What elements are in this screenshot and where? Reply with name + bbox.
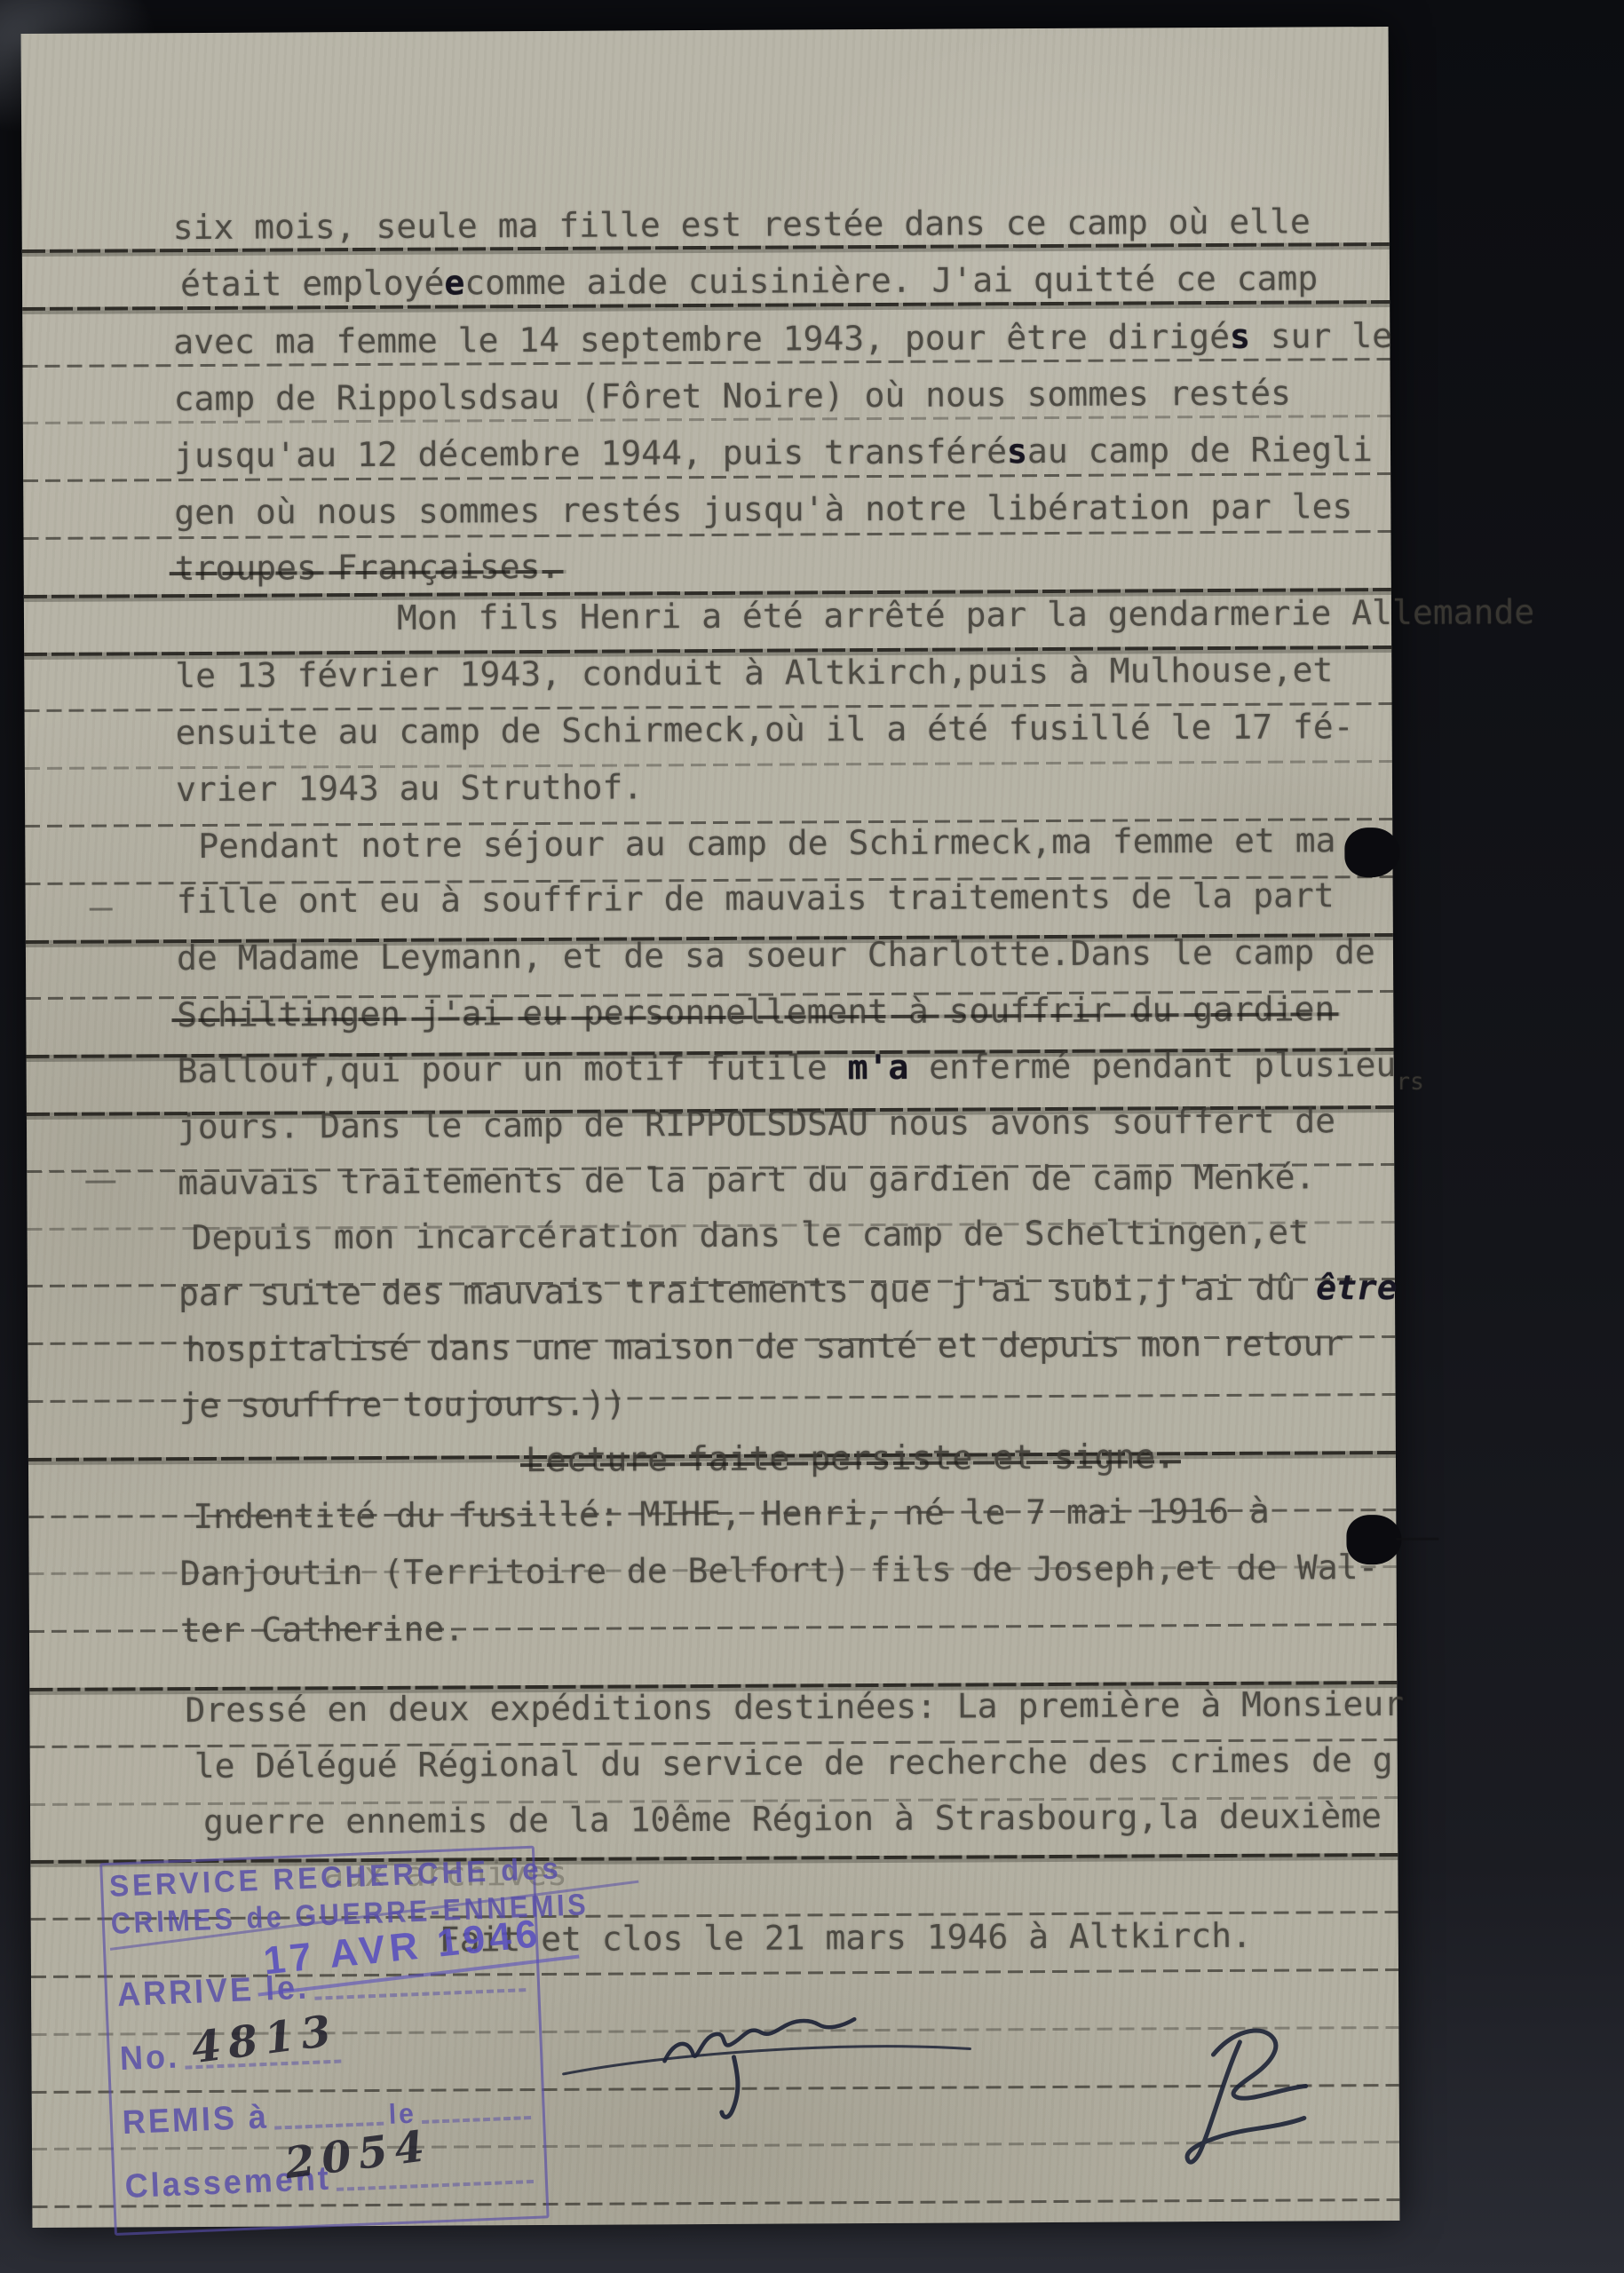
stamp-no-label: No. <box>119 2037 180 2079</box>
ink-correction: rs <box>1396 1069 1423 1096</box>
typed-text: Danjoutin (Territoire de Belfort) fils d… <box>180 1548 1379 1593</box>
typed-line: vrier 1943 au Struthof. <box>176 766 643 810</box>
typed-text: fille ont eu à souffrir de mauvais trait… <box>177 875 1335 921</box>
typed-text: Indentité du fusillé: MIHE, Henri, né le… <box>193 1492 1270 1536</box>
pencil-mark <box>90 908 113 911</box>
typed-line: par suite des mauvais traitements que j'… <box>178 1267 1398 1314</box>
typed-text: Mon fils Henri a été arrêté par la genda… <box>397 592 1534 638</box>
typed-text: comme aide cuisinière. J'ai quitté ce ca… <box>464 258 1318 302</box>
typed-line: Danjoutin (Territoire de Belfort) fils d… <box>180 1547 1379 1594</box>
typed-line: jours. Dans le camp de RIPPOLSDSAU nous … <box>178 1100 1335 1147</box>
punch-hole <box>1344 828 1399 877</box>
pencil-mark <box>85 1181 115 1184</box>
typed-text: le Délégué Régional du service de recher… <box>194 1740 1393 1786</box>
dotted-line <box>422 2116 531 2124</box>
typed-line: ter Catherine. <box>180 1608 465 1651</box>
typed-text: ter Catherine. <box>180 1609 465 1650</box>
typed-text: jusqu'au 12 décembre 1944, puis transfér… <box>174 432 1007 475</box>
ruled-lines <box>21 27 1389 34</box>
typed-text-block: six mois, seule ma fille est restée dans… <box>21 27 1389 34</box>
typed-line: Lecture faite persiste et signe. <box>526 1436 1176 1480</box>
typed-line: Schiltingen j'ai eu personnellement à so… <box>177 988 1335 1035</box>
typed-line: Pendant notre séjour au camp de Schirmec… <box>198 820 1335 867</box>
typed-line: avec ma femme le 14 septembre 1943, pour… <box>173 315 1392 362</box>
typed-text: troupes Françaises. <box>175 547 561 588</box>
typed-text: gen où nous sommes restés jusqu'à notre … <box>174 487 1352 532</box>
typed-text: jours. Dans le camp de RIPPOLSDSAU nous … <box>178 1101 1335 1146</box>
typed-text: camp de Rippolsdsau (Fôret Noire) où nou… <box>174 374 1292 419</box>
typed-text: vrier 1943 au Struthof. <box>176 767 643 809</box>
typed-text: guerre ennemis de la 10ême Région à Stra… <box>203 1796 1382 1841</box>
stamp-remis-label: REMIS à <box>122 2097 270 2142</box>
ink-correction: s <box>1230 317 1250 356</box>
typed-line: Mon fils Henri a été arrêté par la genda… <box>397 591 1534 638</box>
typed-line: ensuite au camp de Schirmeck,où il a été… <box>176 706 1354 753</box>
punch-hole <box>1346 1515 1401 1564</box>
typed-line: Depuis mon incarcération dans le camp de… <box>192 1211 1310 1258</box>
typed-text: hospitalisé dans une maison de santé et … <box>186 1324 1343 1369</box>
typed-line: le Délégué Régional du service de recher… <box>194 1739 1393 1786</box>
ink-correction: être <box>1316 1268 1398 1307</box>
typed-text: Schiltingen j'ai eu personnellement à so… <box>177 989 1335 1034</box>
typed-text: le 13 février 1943, conduit à Altkirch,p… <box>175 650 1333 695</box>
typed-text: mauvais traitements de la part du gardie… <box>178 1157 1315 1202</box>
typed-text: Lecture faite persiste et signe. <box>526 1437 1176 1479</box>
typed-text: Dressé en deux expéditions destinées: La… <box>185 1684 1404 1730</box>
arrival-stamp: SERVICE RECHERCHE des CRIMES de GUERRE-E… <box>99 1846 549 2236</box>
typed-text: ensuite au camp de Schirmeck,où il a été… <box>176 707 1354 752</box>
document-page: six mois, seule ma fille est restée dans… <box>21 27 1400 2228</box>
typed-text: avec ma femme le 14 septembre 1943, pour… <box>173 317 1230 361</box>
typed-line: guerre ennemis de la 10ême Région à Stra… <box>203 1795 1382 1842</box>
typed-text: je souffre toujours.)) <box>179 1384 627 1426</box>
typed-line: hospitalisé dans une maison de santé et … <box>186 1323 1343 1370</box>
typed-text: six mois, seule ma fille est restée dans… <box>173 202 1311 247</box>
typed-line: de Madame Leymann, et de sa soeur Charlo… <box>177 931 1375 978</box>
typed-text: sur le <box>1250 316 1392 356</box>
typed-line: était employéecomme aide cuisinière. J'a… <box>180 257 1318 305</box>
typed-line: Ballouf,qui pour un motif futile m'a enf… <box>178 1044 1424 1096</box>
typed-line: six mois, seule ma fille est restée dans… <box>173 201 1311 248</box>
typed-line: Dressé en deux expéditions destinées: La… <box>185 1683 1404 1730</box>
typed-text: était employé <box>180 264 445 305</box>
scanner-background: six mois, seule ma fille est restée dans… <box>0 0 1624 2273</box>
typed-line: jusqu'au 12 décembre 1944, puis transfér… <box>174 429 1373 476</box>
ink-signature <box>559 2013 978 2130</box>
typed-line: Indentité du fusillé: MIHE, Henri, né le… <box>193 1491 1270 1537</box>
typed-text: enfermé pendant plusieu <box>908 1045 1396 1087</box>
typed-text: au camp de Riegli <box>1027 430 1373 471</box>
typed-line: le 13 février 1943, conduit à Altkirch,p… <box>175 649 1333 696</box>
typed-line: camp de Rippolsdsau (Fôret Noire) où nou… <box>174 373 1292 420</box>
typed-line: mauvais traitements de la part du gardie… <box>178 1156 1315 1203</box>
typed-text: de Madame Leymann, et de sa soeur Charlo… <box>177 932 1375 978</box>
typed-text: par suite des mauvais traitements que j'… <box>178 1268 1316 1313</box>
ink-correction: e <box>444 263 464 302</box>
paper-crack <box>1396 1538 1438 1540</box>
typed-line: fille ont eu à souffrir de mauvais trait… <box>177 875 1335 922</box>
typed-line: je souffre toujours.)) <box>179 1383 627 1427</box>
typed-text: Ballouf,qui pour un motif futile <box>178 1048 848 1090</box>
typed-text: Pendant notre séjour au camp de Schirmec… <box>198 820 1335 866</box>
ink-correction: m'a <box>848 1048 909 1087</box>
typed-text: Depuis mon incarcération dans le camp de… <box>192 1212 1310 1257</box>
dotted-line <box>337 2180 534 2191</box>
typed-line: troupes Françaises. <box>175 546 561 589</box>
typed-line: gen où nous sommes restés jusqu'à notre … <box>174 486 1352 533</box>
ink-signature <box>1181 2002 1342 2190</box>
ink-correction: s <box>1007 432 1027 471</box>
